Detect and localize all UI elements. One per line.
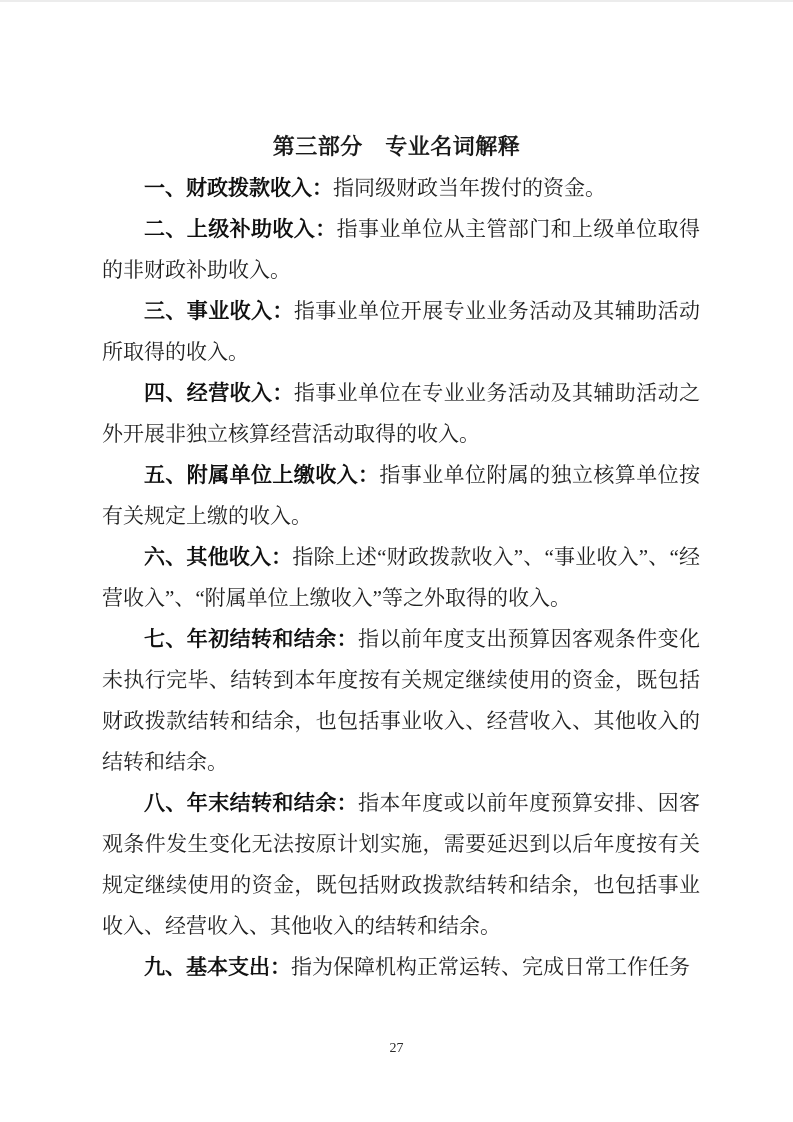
definition-term: 三、事业收入： <box>144 300 294 323</box>
definition-paragraph: 八、年末结转和结余：指本年度或以前年度预算安排、因客观条件发生变化无法按原计划实… <box>102 783 700 947</box>
definition-text: 指为保障机构正常运转、完成日常工作任务 <box>291 955 690 979</box>
page-title: 第三部分 专业名词解释 <box>0 130 793 161</box>
definition-paragraph: 五、附属单位上缴收入：指事业单位附属的独立核算单位按有关规定上缴的收入。 <box>102 455 700 537</box>
page-number: 27 <box>0 1041 793 1057</box>
definition-term: 六、其他收入： <box>144 546 292 569</box>
definition-term: 七、年初结转和结余： <box>144 628 358 651</box>
definition-term: 五、附属单位上缴收入： <box>144 464 379 487</box>
definition-paragraph: 七、年初结转和结余：指以前年度支出预算因客观条件变化未执行完毕、结转到本年度按有… <box>102 619 700 783</box>
definition-term: 一、财政拨款收入： <box>144 177 333 200</box>
definition-paragraph: 六、其他收入：指除上述“财政拨款收入”、“事业收入”、“经营收入”、“附属单位上… <box>102 537 700 619</box>
definition-paragraph: 三、事业收入：指事业单位开展专业业务活动及其辅助活动所取得的收入。 <box>102 291 700 373</box>
definition-paragraph: 一、财政拨款收入：指同级财政当年拨付的资金。 <box>102 168 700 209</box>
definition-paragraph: 二、上级补助收入：指事业单位从主管部门和上级单位取得的非财政补助收入。 <box>102 209 700 291</box>
definition-term: 九、基本支出： <box>144 956 291 979</box>
definition-term: 二、上级补助收入： <box>144 218 337 241</box>
document-page: 第三部分 专业名词解释 一、财政拨款收入：指同级财政当年拨付的资金。 二、上级补… <box>0 0 793 1122</box>
definition-term: 四、经营收入： <box>144 382 294 405</box>
definition-paragraph: 四、经营收入：指事业单位在专业业务活动及其辅助活动之外开展非独立核算经营活动取得… <box>102 373 700 455</box>
document-body: 一、财政拨款收入：指同级财政当年拨付的资金。 二、上级补助收入：指事业单位从主管… <box>102 168 700 988</box>
definition-term: 八、年末结转和结余： <box>144 792 358 815</box>
definition-paragraph: 九、基本支出：指为保障机构正常运转、完成日常工作任务 <box>102 947 700 988</box>
definition-text: 指同级财政当年拨付的资金。 <box>333 176 606 200</box>
